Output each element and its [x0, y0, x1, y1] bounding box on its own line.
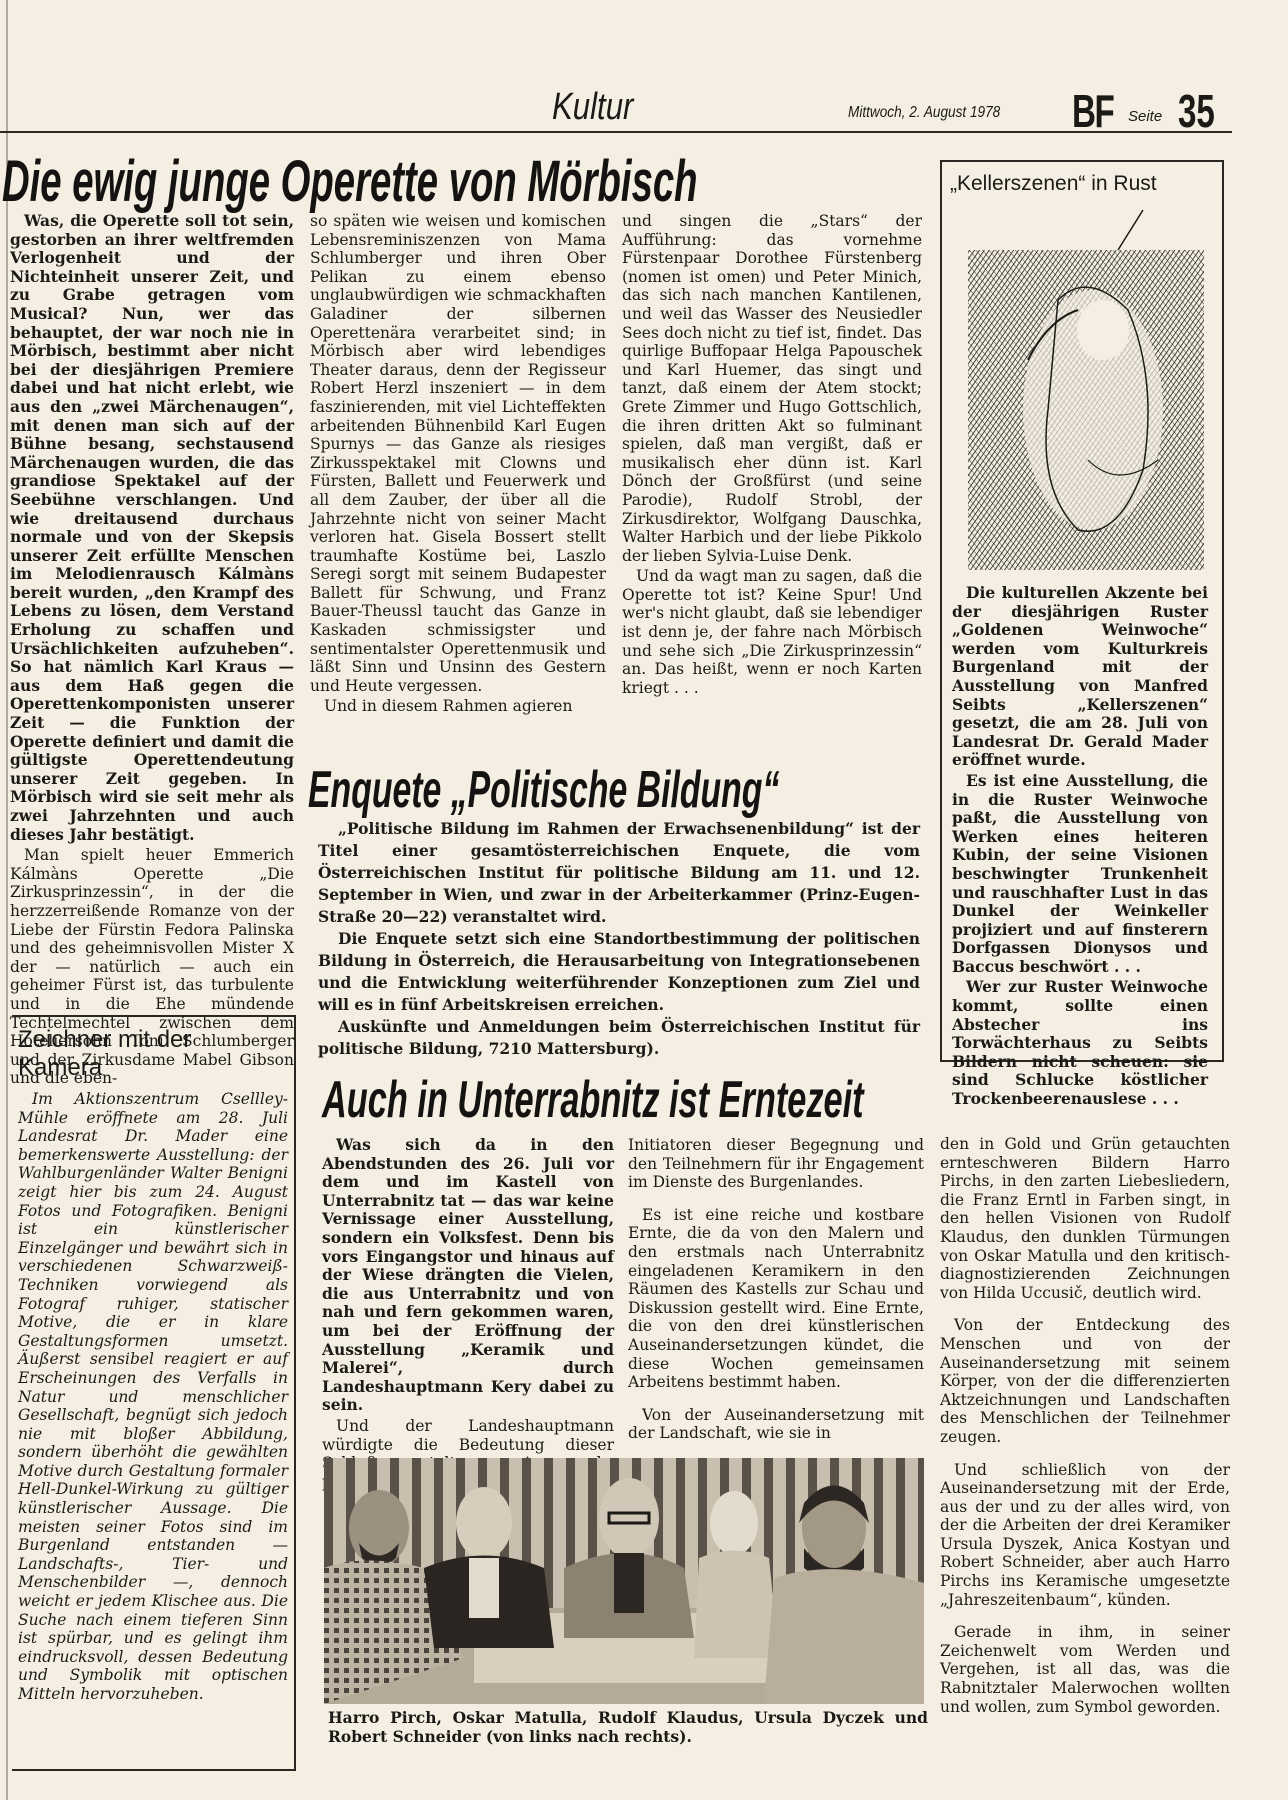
unterrabnitz-paragraph: Von der Auseinandersetzung mit der Lands… [628, 1406, 924, 1443]
unterrabnitz-paragraph: Von der Entdeckung des Menschen und von … [940, 1316, 1230, 1446]
zeichner-title: Zeichner mit der Kamera [18, 1026, 218, 1082]
section-title: Kultur [552, 86, 633, 129]
group-photo [324, 1458, 924, 1704]
masthead-rule [0, 131, 1232, 133]
unterrabnitz-paragraph: Gerade in ihm, in seiner Zeichenwelt vom… [940, 1623, 1230, 1716]
operette-paragraph: Und in diesem Rahmen agieren [310, 697, 606, 716]
unterrabnitz-column-1: Was sich da in den Abendstunden des 26. … [322, 1136, 614, 1491]
kellerszenen-paragraph: Es ist eine Ausstellung, die in die Rust… [952, 772, 1208, 977]
operette-paragraph: so späten wie weisen und komischen Leben… [310, 212, 606, 695]
operette-column-1: Was, die Operette soll tot sein, gestorb… [10, 212, 294, 1088]
operette-paragraph: Und da wagt man zu sagen, daß die Operet… [622, 567, 922, 697]
issue-date: Mittwoch, 2. August 1978 [848, 104, 1000, 122]
page-edge-shadow [6, 0, 8, 1800]
headline-unterrabnitz: Auch in Unterrabnitz ist Erntezeit [322, 1070, 864, 1130]
kellerszenen-paragraph: Wer zur Ruster Weinwoche kommt, sollte e… [952, 978, 1208, 1108]
kellerszenen-title: „Kellerszenen“ in Rust [950, 172, 1157, 196]
unterrabnitz-paragraph: Und schließlich von der Auseinandersetzu… [940, 1461, 1230, 1610]
operette-column-3: und singen die „Stars“ der Aufführung: d… [622, 212, 922, 697]
etching-illustration [968, 210, 1204, 570]
kellerszenen-paragraph: Die kulturellen Akzente bei der diesjähr… [952, 584, 1208, 770]
unterrabnitz-paragraph: Initiatoren dieser Begegnung und den Tei… [628, 1136, 924, 1192]
enquete-text: „Politische Bildung im Rahmen der Erwach… [318, 818, 920, 1060]
kellerszenen-text: Die kulturellen Akzente bei der diesjähr… [952, 584, 1208, 1109]
headline-operette: Die ewig junge Operette von Mörbisch [2, 148, 698, 215]
operette-paragraph: und singen die „Stars“ der Aufführung: d… [622, 212, 922, 565]
page-number: 35 [1178, 84, 1215, 138]
newspaper-logo: BF [1072, 84, 1113, 138]
headline-enquete: Enquete „Politische Bildung“ [308, 760, 779, 820]
unterrabnitz-lead: Was sich da in den Abendstunden des 26. … [322, 1136, 614, 1415]
page-label: Seite [1128, 108, 1162, 125]
enquete-paragraph: „Politische Bildung im Rahmen der Erwach… [318, 818, 920, 928]
unterrabnitz-paragraph: Es ist eine reiche und kostbare Ernte, d… [628, 1206, 924, 1392]
zeichner-text: Im Aktionszentrum Csellley-Mühle eröffne… [18, 1090, 288, 1704]
zeichner-paragraph: Im Aktionszentrum Csellley-Mühle eröffne… [18, 1090, 288, 1704]
unterrabnitz-column-3: den in Gold und Grün getauchten erntesch… [940, 1135, 1230, 1716]
photo-caption: Harro Pirch, Oskar Matulla, Rudolf Klaud… [328, 1708, 928, 1746]
enquete-paragraph: Die Enquete setzt sich eine Standortbest… [318, 928, 920, 1016]
operette-column-2: so späten wie weisen und komischen Leben… [310, 212, 606, 716]
operette-lead: Was, die Operette soll tot sein, gestorb… [10, 212, 294, 844]
enquete-paragraph: Auskünfte und Anmeldungen beim Österreic… [318, 1016, 920, 1060]
unterrabnitz-column-2: Initiatoren dieser Begegnung und den Tei… [628, 1136, 924, 1443]
unterrabnitz-paragraph: den in Gold und Grün getauchten erntesch… [940, 1135, 1230, 1302]
